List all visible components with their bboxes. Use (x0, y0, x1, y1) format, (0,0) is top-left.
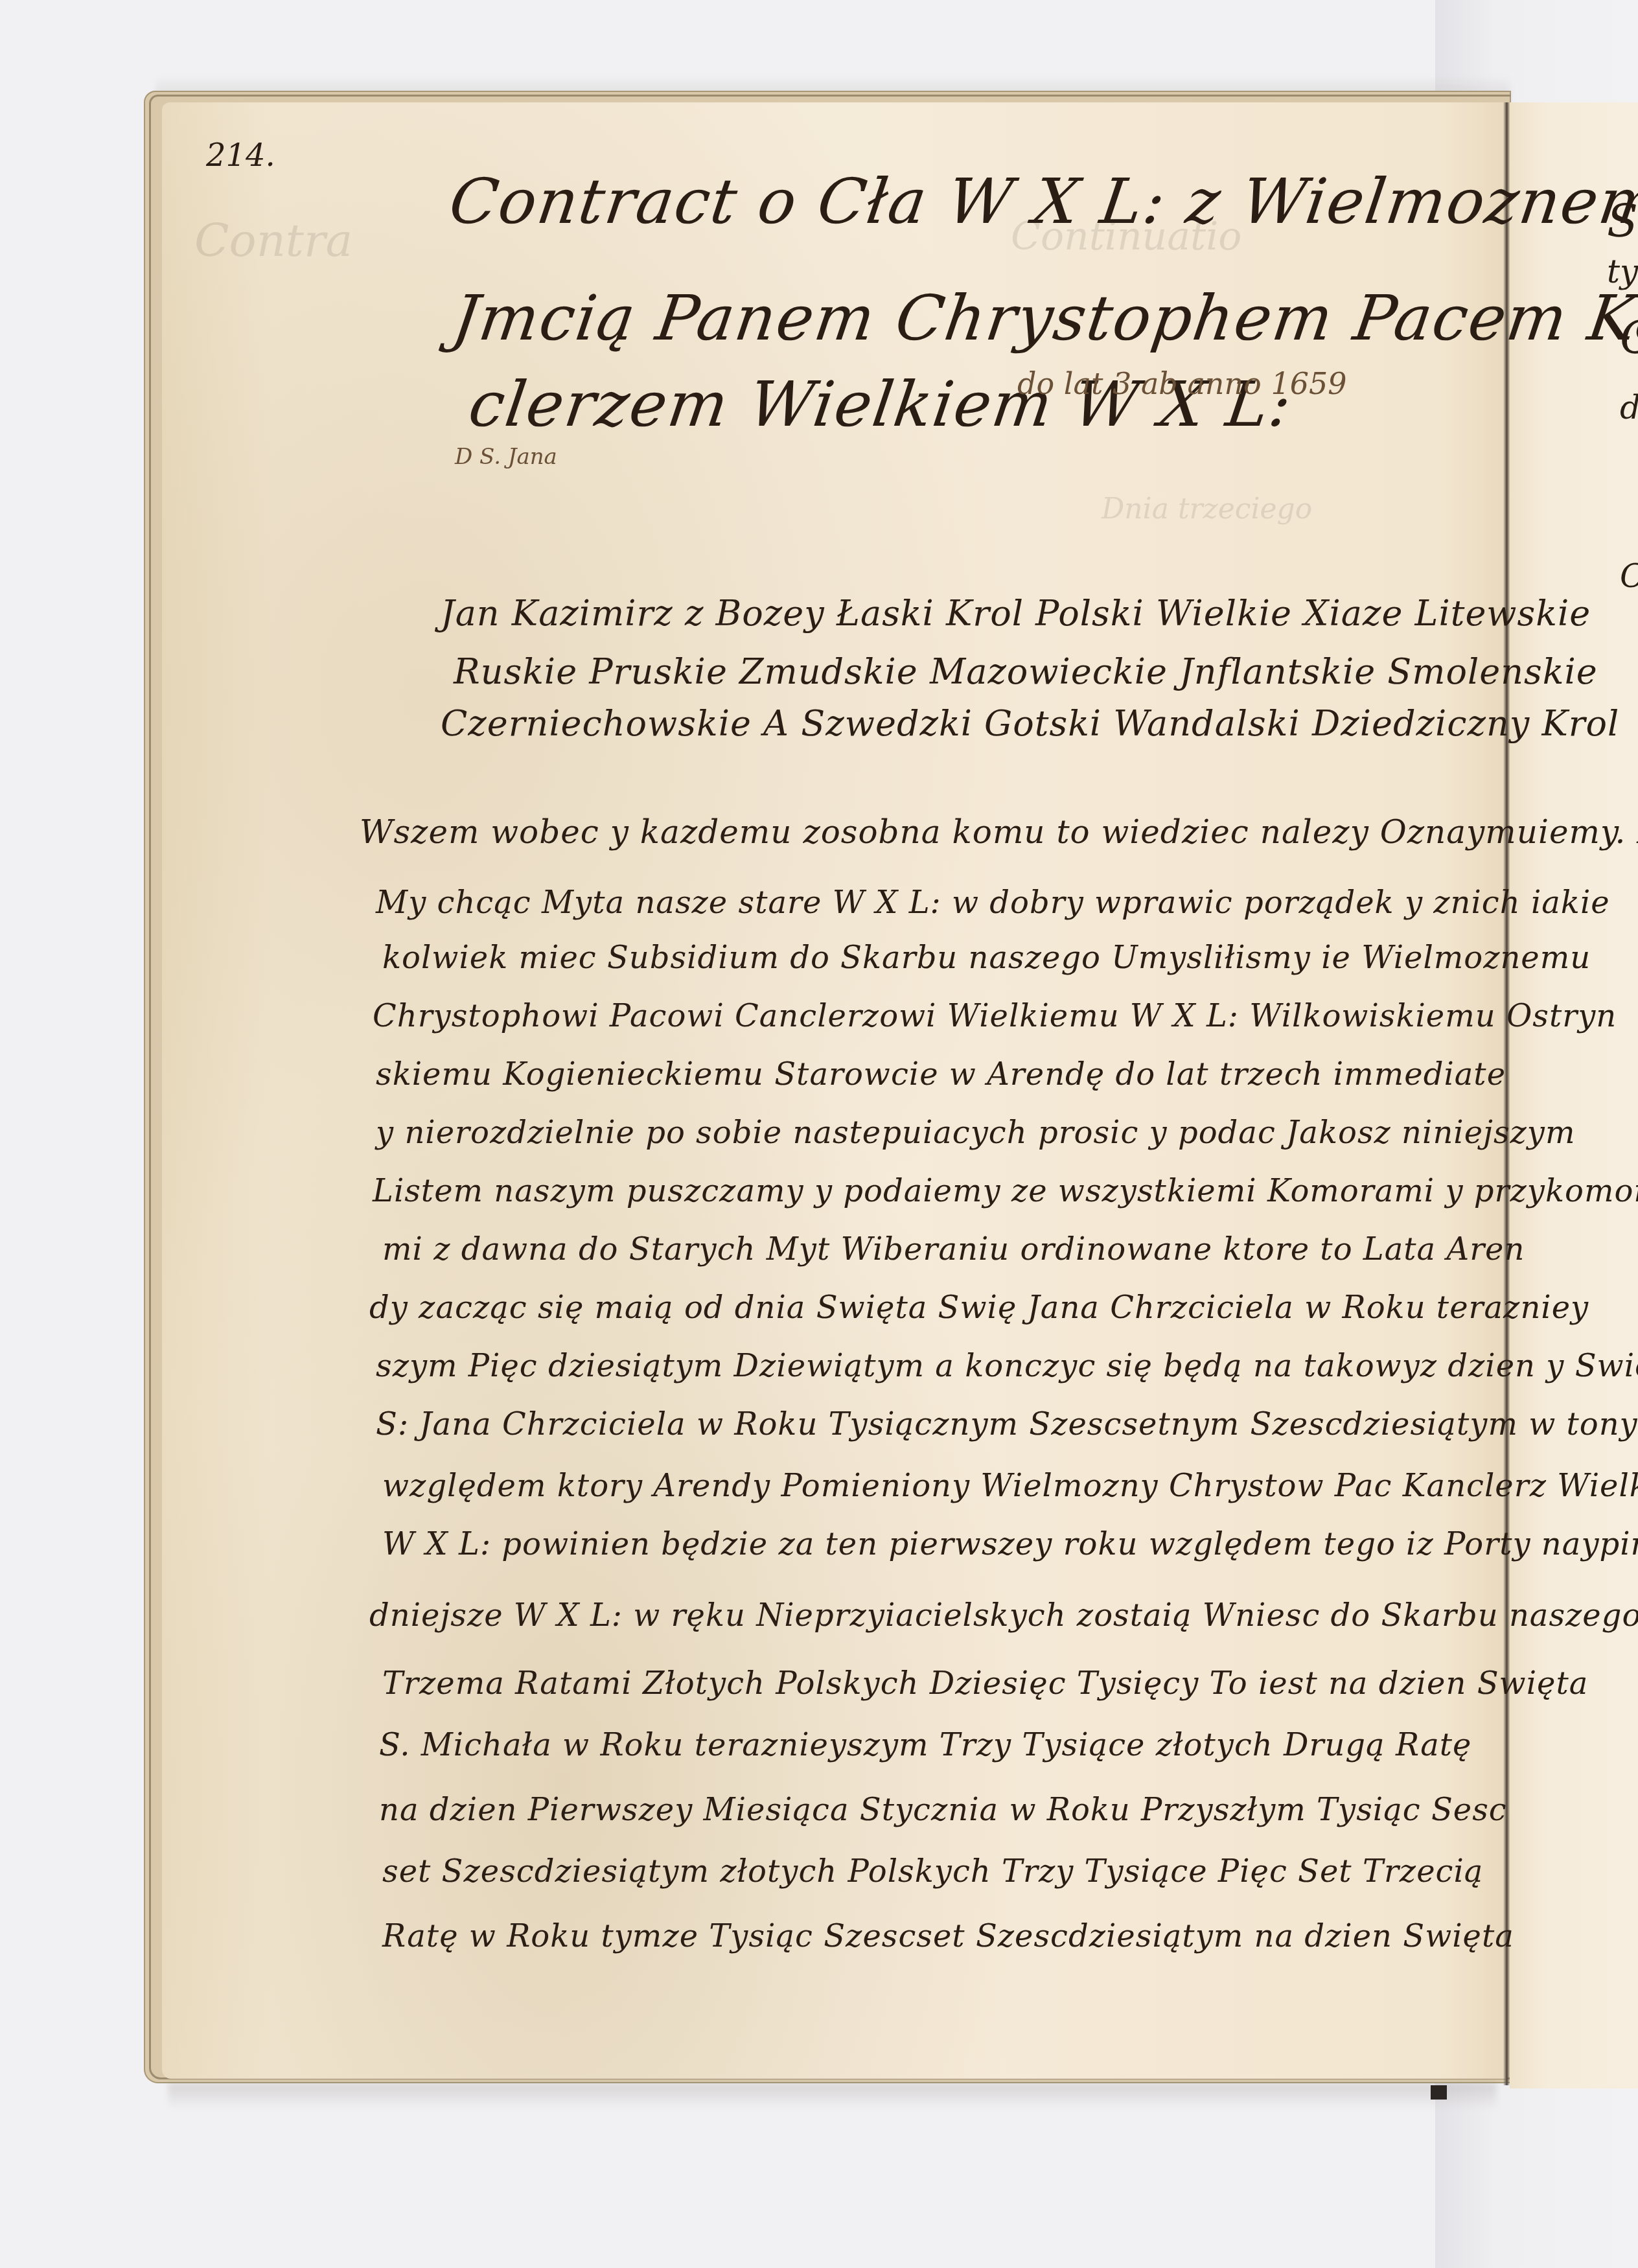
body-line-6: y nierozdzielnie po sobie nastepuiacych … (376, 1115, 1576, 1151)
body-line-17: na dzien Pierwszey Miesiąca Stycznia w R… (379, 1792, 1507, 1828)
margin-annotation: D S. Jana (455, 444, 557, 470)
binding-tab-bottom (1431, 2085, 1447, 2100)
body-line-12: względem ktory Arendy Pomieniony Wielmoz… (382, 1468, 1638, 1504)
body-line-8: mi z dawna do Starych Myt Wiberaniu ordi… (382, 1231, 1525, 1267)
body-line-16: S. Michała w Roku teraznieyszym Trzy Tys… (379, 1727, 1471, 1763)
body-line-9: dy zacząc się maią od dnia Swięta Swię J… (369, 1290, 1589, 1326)
body-line-10: szym Pięc dziesiątym Dziewiątym a konczy… (376, 1348, 1638, 1384)
intitulatio-line-3: Czerniechowskie A Szwedzki Gotski Wandal… (441, 703, 1619, 744)
facing-page-fragment: ty (1607, 253, 1638, 290)
body-line-15: Trzema Ratami Złotych Polskych Dziesięc … (382, 1665, 1588, 1702)
folio-number: 214. (206, 137, 275, 174)
body-line-18: set Szescdziesiątym złotych Polskych Trz… (382, 1853, 1483, 1890)
title-line-2: Jmcią Panem Chrystophem Pacem Kan. (448, 282, 1638, 354)
page-shadow-bottom (168, 2083, 1497, 2109)
body-line-5: skiemu Kogienieckiemu Starowcie w Arendę… (376, 1056, 1506, 1093)
body-line-1: Wszem wobec y kazdemu zosobna komu to wi… (360, 813, 1638, 851)
body-line-4: Chrystophowi Pacowi Canclerzowi Wielkiem… (373, 998, 1617, 1034)
book-gutter (1503, 102, 1510, 2085)
facing-page (1510, 102, 1638, 2089)
bleed-through-text: Contra (194, 214, 352, 267)
body-line-19: Ratę w Roku tymze Tysiąc Szescset Szescd… (382, 1918, 1514, 1954)
facing-page-fragment: C (1620, 311, 1638, 364)
body-line-11: S: Jana Chrzciciela w Roku Tysiącznym Sz… (376, 1406, 1638, 1442)
bleed-through-text: Dnia trzeciego (1102, 492, 1312, 526)
body-line-2: My chcąc Myta nasze stare W X L: w dobry… (376, 885, 1610, 921)
facing-page-fragment: d (1620, 389, 1638, 426)
body-line-7: Listem naszym puszczamy y podaiemy ze ws… (373, 1173, 1638, 1209)
title-line-1: Contract o Cła W X L: z Wielmoznem (445, 165, 1638, 238)
intitulatio-line-2: Ruskie Pruskie Zmudskie Mazowieckie Jnfl… (454, 651, 1598, 692)
facing-page-fragment: C (1620, 557, 1638, 595)
body-line-3: kolwiek miec Subsidium do Skarbu naszego… (382, 940, 1591, 976)
date-annotation: do lat 3 ab anno 1659 (1017, 366, 1346, 401)
intitulatio-line-1: Jan Kazimirz z Bozey Łaski Krol Polski W… (441, 593, 1591, 634)
body-line-14: dniejsze W X L: w ręku Nieprzyiacielskyc… (369, 1597, 1638, 1634)
facing-page-fragment: S (1607, 194, 1638, 248)
body-line-13: W X L: powinien będzie za ten pierwszey … (382, 1526, 1638, 1562)
